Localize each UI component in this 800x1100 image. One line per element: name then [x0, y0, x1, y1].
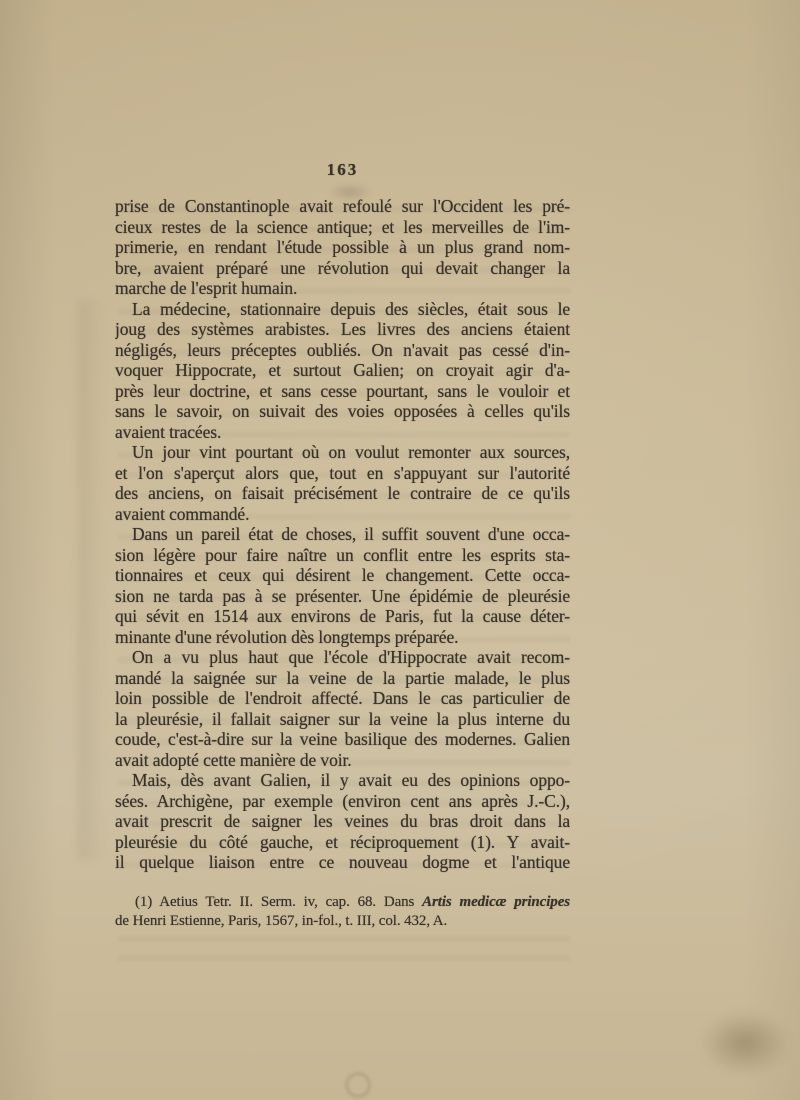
text-line: Un jour vint pourtant où on voulut remon… — [115, 442, 570, 463]
text-line: coude, c'est-à-dire sur la veine basiliq… — [115, 729, 570, 750]
text-line: sion ne tarda pas à se présenter. Une ép… — [115, 586, 570, 607]
text-line: On a vu plus haut que l'école d'Hippocra… — [115, 647, 570, 668]
stain — [700, 1010, 790, 1076]
text-line: et l'on s'aperçut alors que, tout en s'a… — [115, 463, 570, 484]
text-line: avaient commandé. — [115, 504, 570, 525]
scanned-book-page: 163 prise de Constantinople avait refoul… — [0, 0, 800, 1100]
footnote-text: Aetius Tetr. II. Serm. iv, cap. 68. Dans — [152, 894, 422, 910]
gutter-shadow — [78, 300, 104, 860]
text-line: sans le savoir, on suivait des voies opp… — [115, 401, 570, 422]
page-number: 163 — [115, 161, 570, 179]
text-line: minante d'une révolution dès longtemps p… — [115, 627, 570, 648]
text-line: négligés, leurs préceptes oubliés. On n'… — [115, 340, 570, 361]
text-line: bre, avaient préparé une révolution qui … — [115, 258, 570, 279]
stain — [343, 1068, 373, 1100]
text-line: loin possible de l'endroit affecté. Dans… — [115, 688, 570, 709]
verso-bleed-overlay-footer — [118, 936, 570, 970]
footnote-marker: (1) — [135, 894, 152, 910]
text-line: avait prescrit de saigner les veines du … — [115, 811, 570, 832]
footnote-work-title: Artis medicæ principes — [422, 894, 570, 910]
text-line: près leur doctrine, et sans cesse pourta… — [115, 381, 570, 402]
text-line: des anciens, on faisait précisément le c… — [115, 483, 570, 504]
text-line: mandé la saignée sur la veine de la part… — [115, 668, 570, 689]
text-line: il quelque liaison entre ce nouveau dogm… — [115, 852, 570, 873]
body-text: prise de Constantinople avait refoulé su… — [115, 196, 570, 873]
text-line: marche de l'esprit humain. — [115, 278, 570, 299]
text-line: primerie, en rendant l'étude possible à … — [115, 237, 570, 258]
text-line: cieux restes de la science antique; et l… — [115, 217, 570, 238]
text-line: avaient tracées. — [115, 422, 570, 443]
text-line: joug des systèmes arabistes. Les livres … — [115, 319, 570, 340]
text-line: sées. Archigène, par exemple (environ ce… — [115, 791, 570, 812]
footnote-line: (1) Aetius Tetr. II. Serm. iv, cap. 68. … — [115, 893, 570, 912]
text-line: Mais, dès avant Galien, il y avait eu de… — [115, 770, 570, 791]
text-line: La médecine, stationnaire depuis des siè… — [115, 299, 570, 320]
text-line: voquer Hippocrate, et surtout Galien; on… — [115, 360, 570, 381]
text-line: la pleurésie, il fallait saigner sur la … — [115, 709, 570, 730]
text-line: prise de Constantinople avait refoulé su… — [115, 196, 570, 217]
text-line: avait adopté cette manière de voir. — [115, 750, 570, 771]
text-line: pleurésie du côté gauche, et réciproquem… — [115, 832, 570, 853]
text-line: qui sévit en 1514 aux environs de Paris,… — [115, 606, 570, 627]
text-line: Dans un pareil état de choses, il suffit… — [115, 524, 570, 545]
text-line: sion légère pour faire naître un conflit… — [115, 545, 570, 566]
footnote-line: de Henri Estienne, Paris, 1567, in-fol.,… — [115, 912, 570, 931]
footnote: (1) Aetius Tetr. II. Serm. iv, cap. 68. … — [115, 893, 570, 931]
text-line: tionnaires et ceux qui désirent le chang… — [115, 565, 570, 586]
